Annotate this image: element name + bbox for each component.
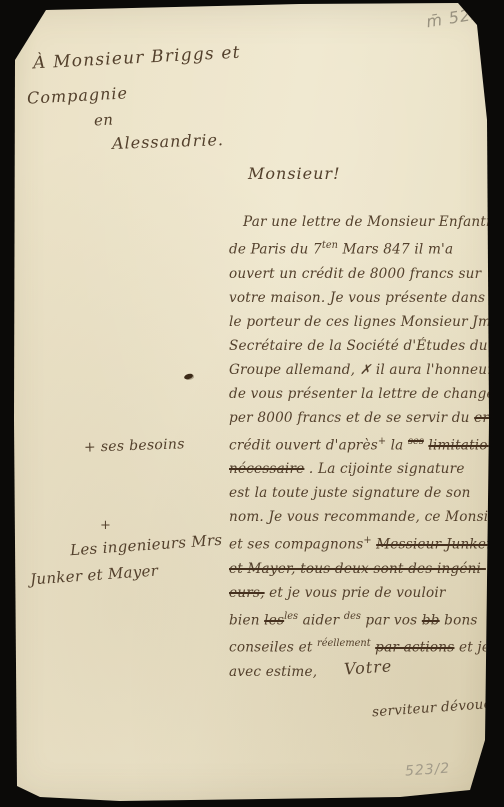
body-text: crédit ouvert d'après [229,437,378,453]
body-line: le porteur de ces lignes Monsieur Jme. [229,310,497,334]
body-line: crédit ouvert d'après+ la ses limitation [229,430,497,458]
struck-text: er [474,410,489,426]
valediction: Votre [343,656,392,678]
superscript-text: des [344,611,361,622]
struck-text: et Mayer, tous deux sont des ingéni- [229,561,486,577]
body-text: ouvert un crédit de 8000 francs sur [229,266,481,282]
body-line: bien lesles aider des par vos bb bons [229,605,497,633]
body-line: votre maison. Je vous présente dans [229,286,497,310]
body-text: avec estime, [229,664,317,680]
margin-note-plus-mark: + [100,518,111,533]
letter-body: Par une lettre de Monsieur Enfantinde Pa… [229,210,497,684]
superscript-text: + [363,535,371,546]
recipient-line-3: en [94,111,114,130]
body-text: et ses compagnons [229,537,363,553]
body-text: de Paris du 7 [229,242,322,258]
body-line: Groupe allemand, ✗ il aura l'honneur [229,358,497,382]
salutation: Monsieur! [248,164,341,183]
superscript-text: ten [322,240,338,251]
body-text: par vos [361,612,422,628]
struck-text: bb [422,612,440,628]
body-text: votre maison. Je vous présente dans [229,290,485,306]
struck-text: ses [408,436,424,447]
body-text: bien [229,612,264,628]
body-text: per 8000 francs et de se servir du [229,410,474,426]
body-line: ouvert un crédit de 8000 francs sur [229,262,497,286]
body-line: et Mayer, tous deux sont des ingéni- [229,557,497,581]
struck-text: Messieur Junker [376,537,493,553]
body-text: Par une lettre de Monsieur Enfantin [243,214,500,230]
struck-text: eurs, [229,585,265,601]
body-text: Secrétaire de la Société d'Études du [229,338,488,354]
recipient-line-4: Alessandrie. [112,130,225,153]
struck-text: limitation [428,437,496,453]
margin-note-engineers-line-2: Junker et Mayer [30,562,159,589]
body-text: le porteur de ces lignes Monsieur Jme. [229,314,504,330]
body-text: aider [298,612,344,628]
body-text: et je vous prie de vouloir [265,585,446,601]
body-text: la [386,437,408,453]
body-line: per 8000 francs et de se servir du er [229,406,497,430]
body-text: nom. Je vous recommande, ce Monsieur [229,509,504,525]
superscript-text: les [284,611,298,622]
recipient-line-1: À Monsieur Briggs et [33,43,242,74]
struck-text: les [264,612,284,628]
archival-number-top: m̄ 523 [425,4,483,32]
archival-number-bottom: 523/2 [404,760,450,779]
superscript-text: + [378,436,386,447]
body-text: est la toute juste signature de son [229,485,471,501]
body-text: conseiles et [229,640,317,656]
struck-text: nécessaire [229,461,304,477]
body-line: conseiles et réellement par actions et j… [229,632,497,660]
body-line: Par une lettre de Monsieur Enfantin [229,210,497,234]
body-text: Mars 847 il m'a [338,242,453,258]
scan-background: m̄ 523 À Monsieur Briggs et Compagnie en… [0,0,504,807]
ink-blot [184,373,194,380]
recipient-line-2: Compagnie [27,83,129,107]
signature-line: serviteur dévoué. [372,696,497,721]
body-text: Groupe allemand, ✗ il aura l'honneur [229,362,494,378]
body-line: de vous présenter la lettre de change [229,382,497,406]
body-line: eurs, et je vous prie de vouloir [229,581,497,605]
body-line: de Paris du 7ten Mars 847 il m'a [229,234,497,262]
body-text: et je suis [454,640,504,656]
body-line: nom. Je vous recommande, ce Monsieur [229,505,497,529]
body-line: nécessaire . La cijointe signature [229,457,497,481]
body-text: bons [440,612,478,628]
body-text: de vous présenter la lettre de change [229,386,495,402]
body-line: est la toute juste signature de son [229,481,497,505]
superscript-text: réellement [317,638,371,649]
struck-text: par actions [375,640,454,656]
body-text: . La cijointe signature [304,461,464,477]
margin-note-engineers-line-1: Les ingenieurs Mrs [70,531,223,560]
body-line: et ses compagnons+ Messieur Junker [229,529,497,557]
body-line: Secrétaire de la Société d'Études du [229,334,497,358]
letter-sheet: m̄ 523 À Monsieur Briggs et Compagnie en… [0,0,504,807]
margin-note-besoins: + ses besoins [84,436,185,456]
